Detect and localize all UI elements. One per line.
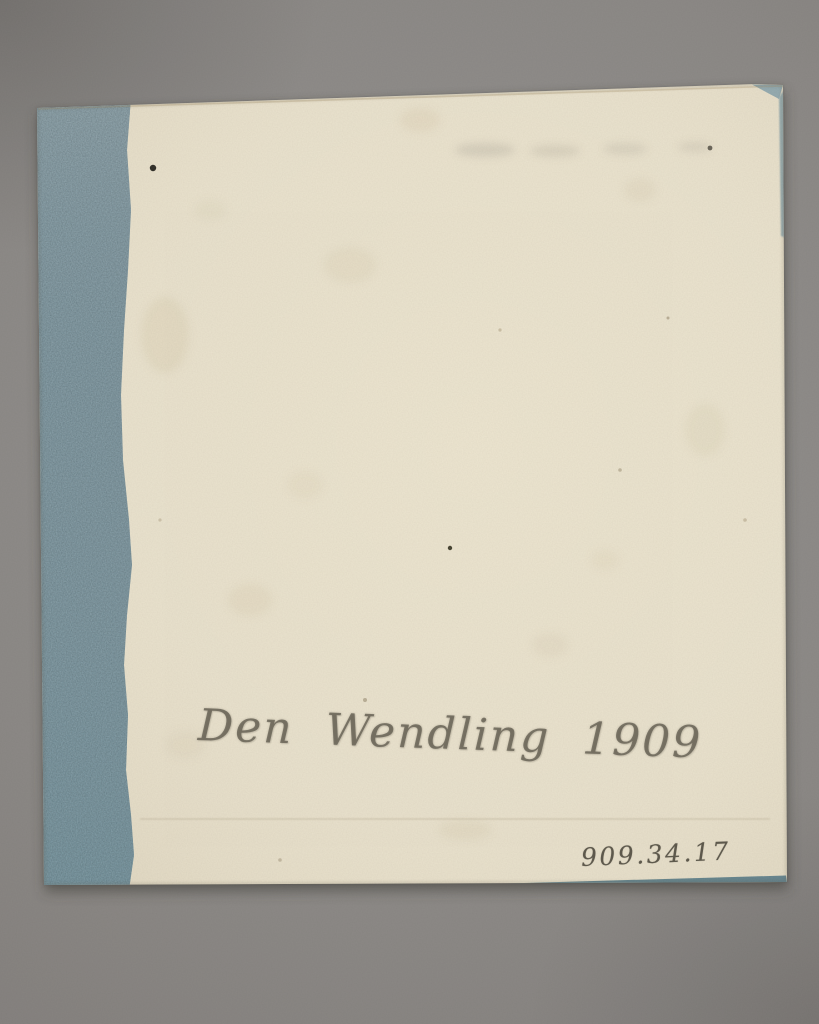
object-photo: Den Wendling 1909 909.34.17 xyxy=(0,0,819,1024)
paper-artwork-svg xyxy=(0,0,819,1024)
paper-surface-layers xyxy=(25,80,795,895)
paper-grain-texture xyxy=(30,80,795,895)
